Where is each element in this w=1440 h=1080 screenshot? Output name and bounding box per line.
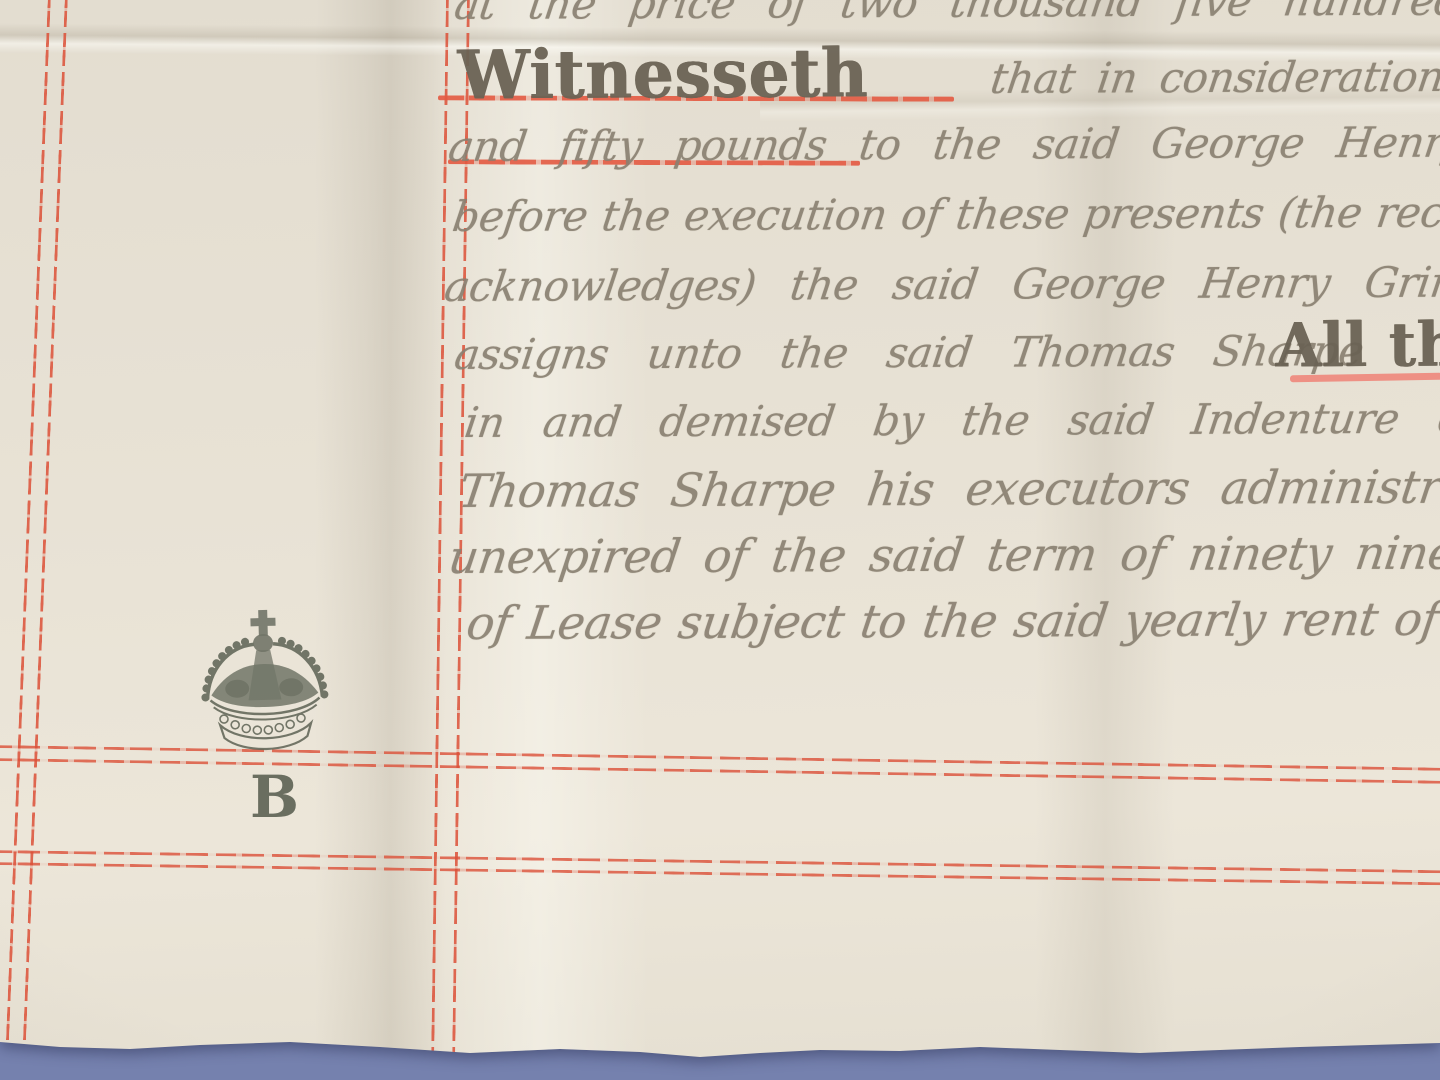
manuscript-line-5: acknowledges) the said George Henry Grim… xyxy=(442,261,1440,308)
footer-rule-lower-1 xyxy=(0,850,1440,874)
footer-rule-upper-2 xyxy=(0,758,1440,784)
photograph-of-parchment-document: at the price of two thousand five hundre… xyxy=(0,0,1440,1080)
parchment-fold-shading xyxy=(315,0,445,1080)
manuscript-word-witnesseth: Witnesseth xyxy=(458,41,869,110)
manuscript-line-4: before the execution of these presents (… xyxy=(450,191,1440,238)
manuscript-line-6: assigns unto the said Thomas Sharpe xyxy=(452,330,1366,376)
crown-stamp-icon xyxy=(195,604,334,755)
parchment-shadow: at the price of two thousand five hundre… xyxy=(0,0,1440,1080)
manuscript-line-7: in and demised by the said Indenture of xyxy=(462,398,1440,444)
manuscript-line-1: at the price of two thousand five hundre… xyxy=(452,0,1440,26)
manuscript-line-10: of Lease subject to the said yearly rent… xyxy=(464,595,1440,646)
manuscript-word-all-that: All th xyxy=(1276,314,1440,376)
manuscript-line-3: and fifty pounds to the said George Henr… xyxy=(446,121,1440,168)
manuscript-line-8: Thomas Sharpe his executors administrati xyxy=(456,463,1440,514)
parchment-sheet: at the price of two thousand five hundre… xyxy=(0,0,1440,1080)
footer-rule-lower-2 xyxy=(0,862,1440,886)
stamp-letter-b: B xyxy=(250,768,299,826)
manuscript-line-2: that in consideration xyxy=(988,56,1440,100)
manuscript-line-9: unexpired of the said term of ninety nin… xyxy=(446,529,1440,580)
